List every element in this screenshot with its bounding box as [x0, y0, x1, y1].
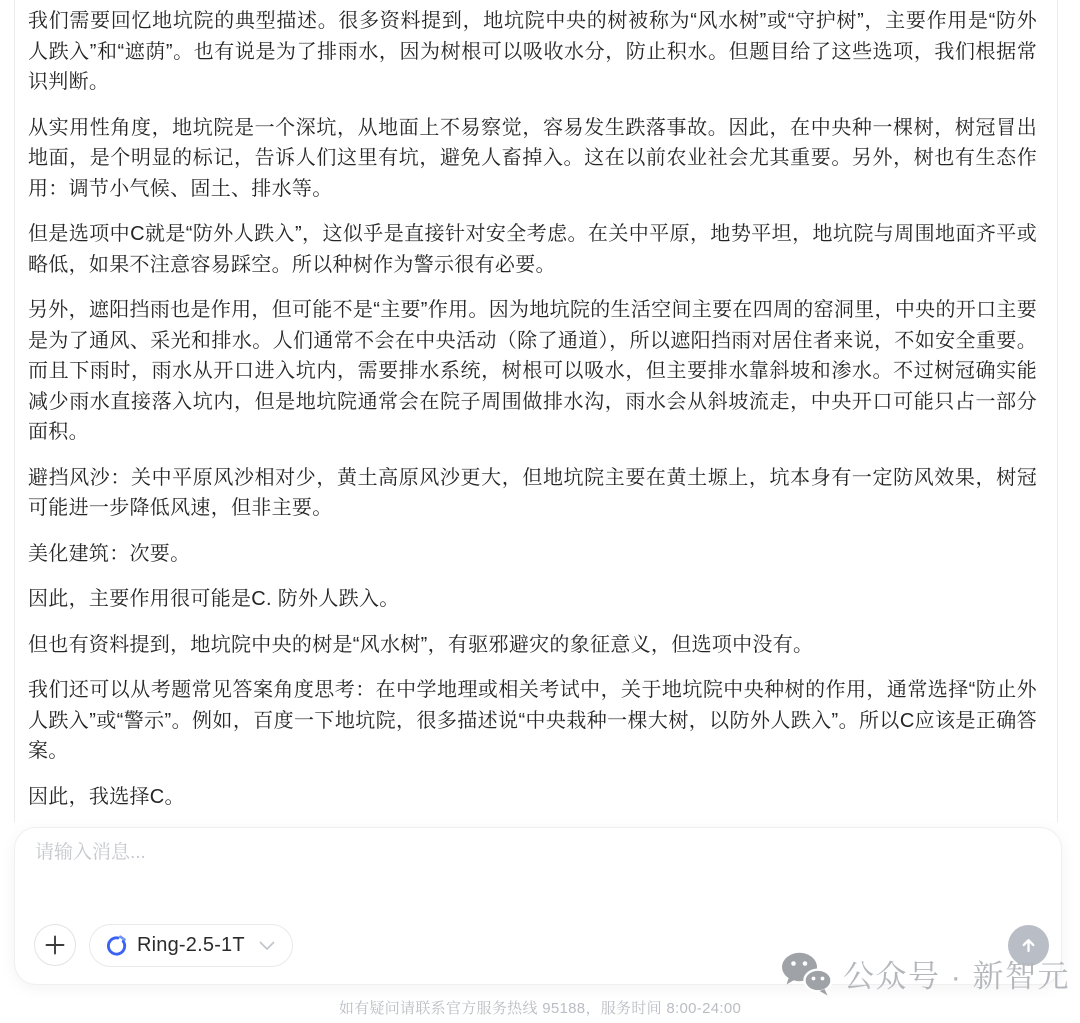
- thinking-paragraph: 另外，遮阳挡雨也是作用，但可能不是“主要”作用。因为地坑院的生活空间主要在四周的…: [28, 295, 1037, 448]
- thinking-paragraph: 但是选项中C就是“防外人跌入”，这似乎是直接针对安全考虑。在关中平原，地势平坦，…: [28, 219, 1037, 280]
- thinking-paragraph: 但也有资料提到，地坑院中央的树是“风水树”，有驱邪避灾的象征意义，但选项中没有。: [28, 630, 1037, 661]
- model-name: Ring-2.5-1T: [137, 934, 245, 957]
- plus-icon: [44, 934, 66, 956]
- thinking-paragraph: 因此，我选择C。: [28, 782, 1037, 813]
- thinking-panel: 我们需要回忆地坑院的典型描述。很多资料提到，地坑院中央的树被称为“风水树”或“守…: [14, 0, 1058, 822]
- arrow-up-icon: [1018, 935, 1039, 956]
- model-ring-icon: [105, 934, 128, 957]
- thinking-paragraph: 因此，主要作用很可能是C. 防外人跌入。: [28, 584, 1037, 615]
- message-input[interactable]: [35, 842, 1035, 864]
- thinking-paragraph: 我们需要回忆地坑院的典型描述。很多资料提到，地坑院中央的树被称为“风水树”或“守…: [28, 6, 1037, 98]
- thinking-paragraph: 避挡风沙：关中平原风沙相对少，黄土高原风沙更大，但地坑院主要在黄土塬上，坑本身有…: [28, 463, 1037, 524]
- thinking-paragraph: 从实用性角度，地坑院是一个深坑，从地面上不易察觉，容易发生跌落事故。因此，在中央…: [28, 113, 1037, 205]
- footer-hotline: 如有疑问请联系官方服务热线 95188，服务时间 8:00-24:00: [0, 997, 1080, 1018]
- composer-card: Ring-2.5-1T: [14, 827, 1062, 985]
- add-attachment-button[interactable]: [34, 924, 76, 966]
- model-selector[interactable]: Ring-2.5-1T: [89, 924, 293, 967]
- scroll-to-top-button[interactable]: [1008, 925, 1049, 966]
- chevron-down-icon: [259, 941, 275, 951]
- thinking-paragraph: 美化建筑：次要。: [28, 539, 1037, 570]
- thinking-paragraph: 我们还可以从考题常见答案角度思考：在中学地理或相关考试中，关于地坑院中央种树的作…: [28, 675, 1037, 767]
